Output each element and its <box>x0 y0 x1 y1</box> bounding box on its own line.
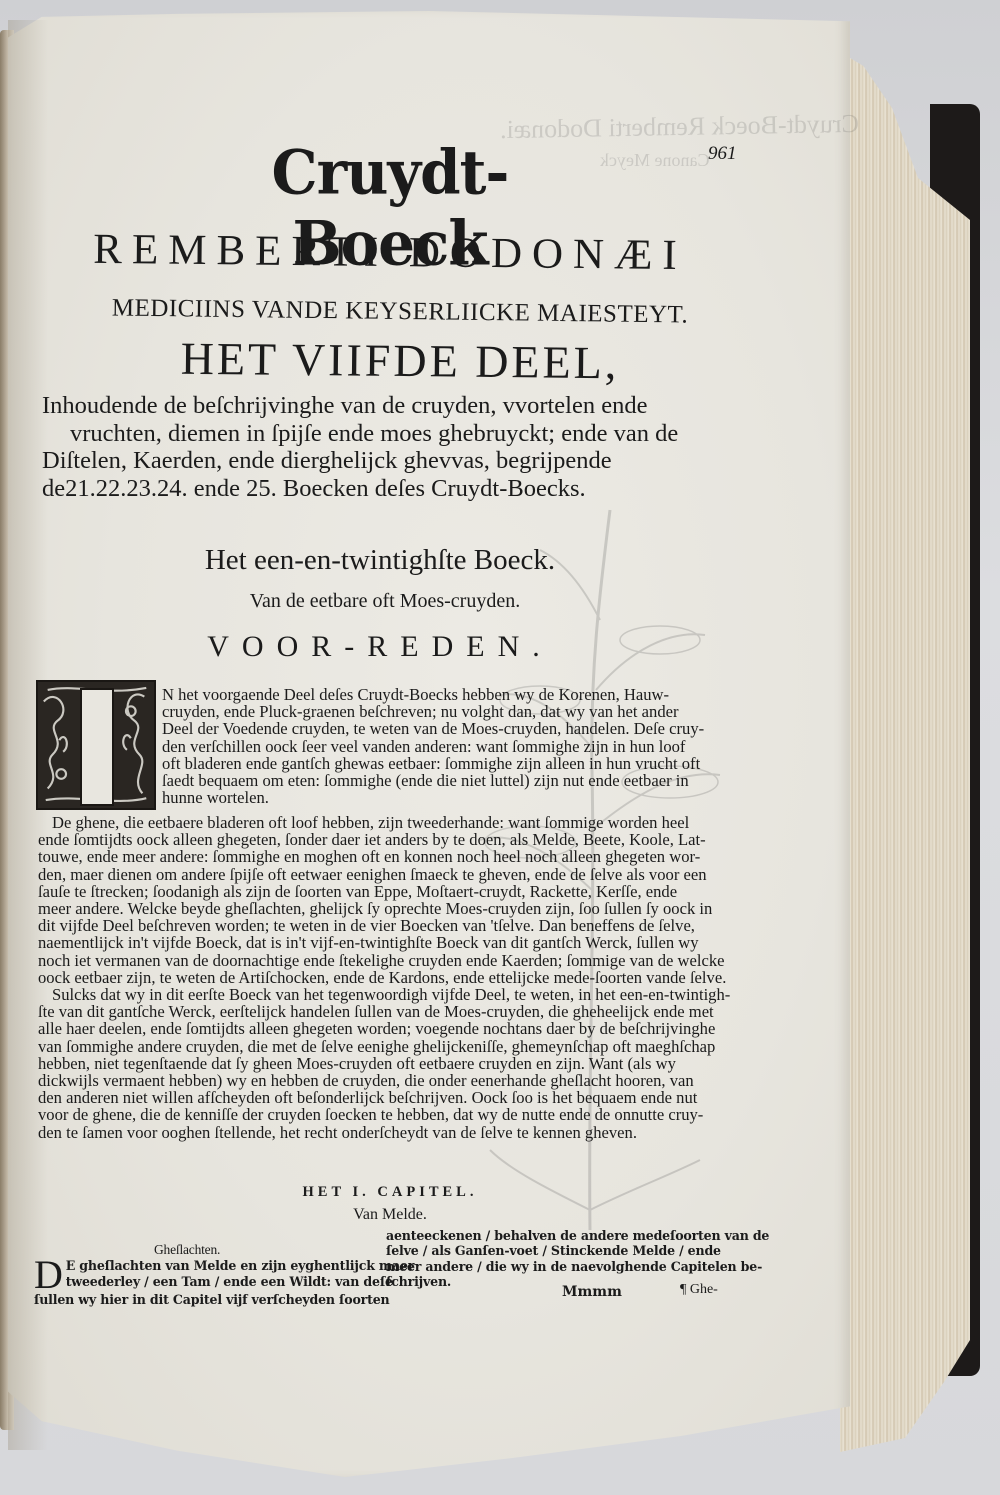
text-line: touwe, ende meer andere: ſommighe en mog… <box>38 848 738 865</box>
section-label: Gheſlachten. <box>34 1242 374 1257</box>
text-line: oock eetbaer zijn, te weten de Artiſchoc… <box>38 969 738 986</box>
catchword: ¶ Ghe- <box>680 1282 718 1298</box>
text-line: meer andere. Welcke beyde gheſlachten, g… <box>38 900 738 917</box>
contents-line: vruchten, diemen in ſpijſe ende moes ghe… <box>42 420 738 448</box>
text-line: E gheſlachten van Melde en zijn eyghentl… <box>34 1258 374 1273</box>
text-line: naementlijck in't vijfde Boeck, dat is i… <box>38 934 738 951</box>
text-line: aenteeckenen / behalven de andere medeſo… <box>386 1228 734 1243</box>
text-line: den anderen niet willen afſcheyden oft b… <box>38 1089 738 1106</box>
text-line: ſte van dit gantſche Werck, eerſtelijck … <box>38 1003 738 1020</box>
page-number: 961 <box>708 143 737 165</box>
chapter-left-column: Gheſlachten. D E gheſlachten van Melde e… <box>34 1242 374 1308</box>
text-line: De ghene, die eetbaere bladeren oft loof… <box>38 814 738 831</box>
text-line: ende ſomtijdts oock alleen ghegeten, ſon… <box>38 831 738 848</box>
text-line: hebben, niet tegenſtaende dat ſy gheen M… <box>38 1055 738 1072</box>
text-line: ſaedt bequaem om eten: ſommighe (ende di… <box>162 772 740 789</box>
chapter-right-column: aenteeckenen / behalven de andere medeſo… <box>386 1228 734 1289</box>
text-line: ſauſe te ſtrecken; ſoodanigh als zijn de… <box>38 883 738 900</box>
text-line: N het voorgaende Deel deſes Cruydt-Boeck… <box>162 686 740 703</box>
text-line: den verſchillen oock ſeer veel vanden an… <box>162 738 740 755</box>
text-line: den te ſamen voor ooghen ſtellende, het … <box>38 1124 738 1141</box>
text-line: ſelve / als Ganſen-voet / Stinckende Mel… <box>386 1243 734 1258</box>
author-name: REMBERTI DODONÆI <box>40 224 740 280</box>
contents-line: Inhoudende de beſchrijvinghe van de cruy… <box>42 392 738 420</box>
text-line: tweederley / een Tam / ende een Wildt: v… <box>34 1274 374 1289</box>
chapter-subject: Van Melde. <box>280 1206 500 1224</box>
drop-cap: D <box>34 1258 63 1292</box>
text-line: Deel der Voedende cruyden, te weten van … <box>162 720 740 737</box>
text-line: cruyden, ende Pluck-graenen beſchreven; … <box>162 703 740 720</box>
author-title: MEDICIINS VANDE KEYSERLIICKE MAIESTEYT. <box>60 294 740 330</box>
text-line: dickwijls vermaent hebben) wy en hebben … <box>38 1072 738 1089</box>
contents-summary: Inhoudende de beſchrijvinghe van de cruy… <box>42 392 738 502</box>
text-line: voor de ghene, die de kenniſſe der cruyd… <box>38 1106 738 1123</box>
chapter-heading: HET I. CAPITEL. <box>200 1184 580 1201</box>
text-line: meer andere / die wy in de naevolghende … <box>386 1259 734 1274</box>
text-line: noch iet vermanen van de doornachtige en… <box>38 952 738 969</box>
text-line: Sulcks dat wy in dit eerſte Boeck van he… <box>38 986 738 1003</box>
preface-heading: VOOR-REDEN. <box>150 630 610 664</box>
text-line: ſullen wy hier in dit Capitel vijf verſc… <box>34 1292 374 1307</box>
preface-paragraph-2: De ghene, die eetbaere bladeren oft loof… <box>38 814 738 1141</box>
signature-mark: Mmmm <box>562 1284 622 1300</box>
text-line: oft bladeren ende gantſch ghewas eetbaer… <box>162 755 740 772</box>
contents-line: Diſtelen, Kaerden, ende dierghelijck ghe… <box>42 447 738 475</box>
decorated-initial-i <box>36 680 156 810</box>
book-title: Het een-en-twintighſte Boeck. <box>160 544 600 577</box>
book-subtitle: Van de eetbare oft Moes-cruyden. <box>180 590 590 613</box>
text-line: hunne wortelen. <box>162 789 740 806</box>
initial-letter-stem <box>80 688 114 806</box>
text-line: van ſommighe andere cruyden, die met de … <box>38 1038 738 1055</box>
page-content: 961 Cruydt-Boeck REMBERTI DODONÆI MEDICI… <box>0 0 1000 1495</box>
text-line: dit vijfde Deel beſchreven worden; te we… <box>38 917 738 934</box>
contents-line: de21.22.23.24. ende 25. Boecken deſes Cr… <box>42 475 738 503</box>
preface-paragraph-1: N het voorgaende Deel deſes Cruydt-Boeck… <box>162 686 740 806</box>
text-line: alle haer deelen, ende ſomtijdts alleen … <box>38 1020 738 1037</box>
part-title: HET VIIFDE DEEL, <box>90 331 711 390</box>
text-line: den, maer dienen om andere ſpijſe oft ee… <box>38 866 738 883</box>
